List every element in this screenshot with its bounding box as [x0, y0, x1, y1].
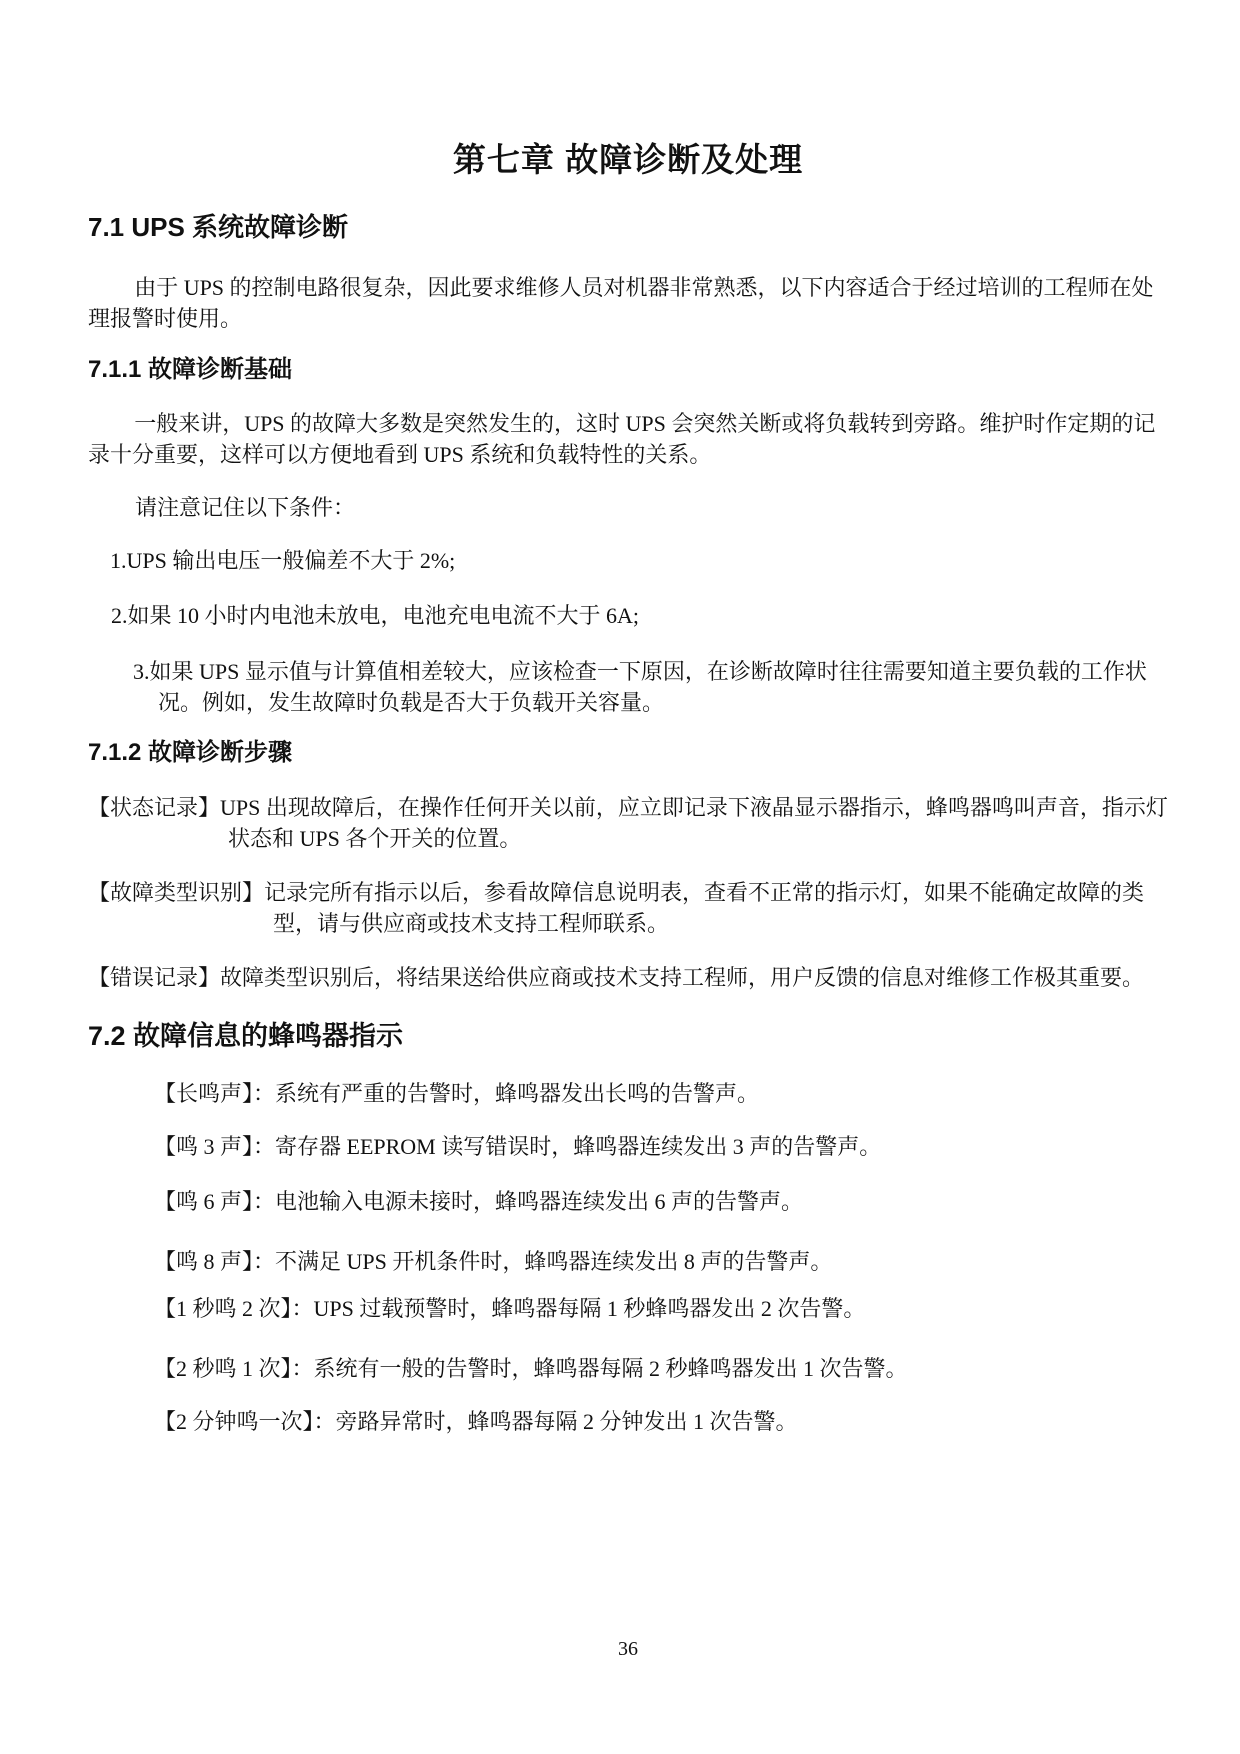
- paragraph-note: 请注意记住以下条件：: [88, 492, 1168, 523]
- beep-item-1s-2x: 【1 秒鸣 2 次】：UPS 过载预警时，蜂鸣器每隔 1 秒蜂鸣器发出 2 次告…: [154, 1293, 1168, 1324]
- beep-item-2min-1x: 【2 分钟鸣一次】：旁路异常时，蜂鸣器每隔 2 分钟发出 1 次告警。: [154, 1406, 1168, 1437]
- chapter-title: 第七章 故障诊断及处理: [88, 140, 1168, 180]
- paragraph-intro: 由于 UPS 的控制电路很复杂，因此要求维修人员对机器非常熟悉，以下内容适合于经…: [88, 272, 1168, 334]
- section-heading-7-1-2: 7.1.2 故障诊断步骤: [88, 738, 1168, 768]
- condition-item-1: 1.UPS 输出电压一般偏差不大于 2%;: [88, 545, 1168, 576]
- beep-item-8: 【鸣 8 声】：不满足 UPS 开机条件时，蜂鸣器连续发出 8 声的告警声。: [154, 1246, 1168, 1277]
- section-heading-7-1-1: 7.1.1 故障诊断基础: [88, 355, 1168, 385]
- step-fault-type-identify: 【故障类型识别】记录完所有指示以后，参看故障信息说明表，查看不正常的指示灯，如果…: [88, 877, 1168, 939]
- beep-item-2s-1x: 【2 秒鸣 1 次】：系统有一般的告警时，蜂鸣器每隔 2 秒蜂鸣器发出 1 次告…: [154, 1353, 1168, 1384]
- section-heading-7-1: 7.1 UPS 系统故障诊断: [88, 211, 1168, 243]
- beep-item-long: 【长鸣声】：系统有严重的告警时，蜂鸣器发出长鸣的告警声。: [154, 1078, 1168, 1109]
- condition-item-3: 3.如果 UPS 显示值与计算值相差较大，应该检查一下原因，在诊断故障时往往需要…: [88, 656, 1168, 718]
- beep-item-3: 【鸣 3 声】：寄存器 EEPROM 读写错误时，蜂鸣器连续发出 3 声的告警声…: [154, 1131, 1168, 1162]
- step-status-record: 【状态记录】UPS 出现故障后，在操作任何开关以前，应立即记录下液晶显示器指示，…: [88, 792, 1168, 854]
- document-page: 第七章 故障诊断及处理 7.1 UPS 系统故障诊断 由于 UPS 的控制电路很…: [0, 0, 1240, 1754]
- beep-item-6: 【鸣 6 声】：电池输入电源未接时，蜂鸣器连续发出 6 声的告警声。: [154, 1186, 1168, 1217]
- condition-item-2: 2.如果 10 小时内电池未放电，电池充电电流不大于 6A;: [88, 600, 1168, 631]
- page-number: 36: [88, 1636, 1168, 1662]
- step-error-record: 【错误记录】故障类型识别后，将结果送给供应商或技术支持工程师，用户反馈的信息对维…: [88, 962, 1168, 993]
- paragraph-diagnosis-basis: 一般来讲，UPS 的故障大多数是突然发生的，这时 UPS 会突然关断或将负载转到…: [88, 408, 1168, 470]
- section-heading-7-2: 7.2 故障信息的蜂鸣器指示: [88, 1020, 1168, 1052]
